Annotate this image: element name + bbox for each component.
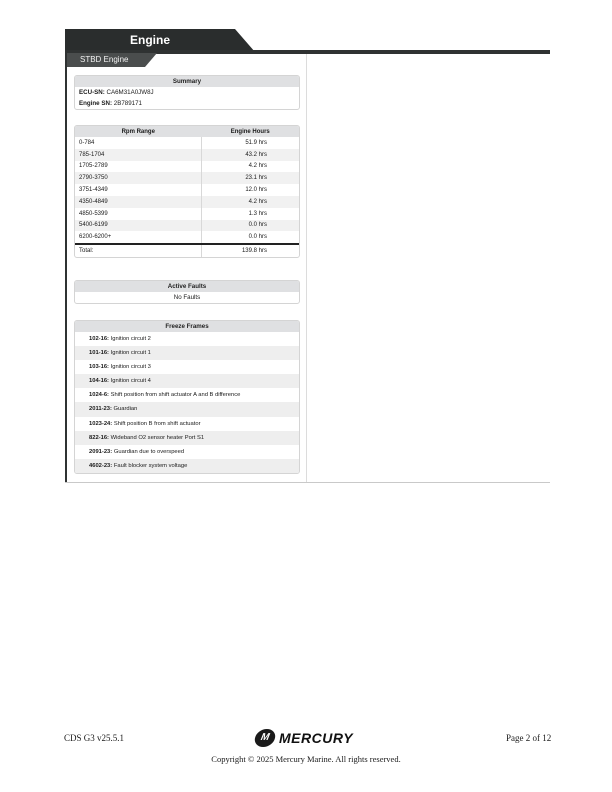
fault-description: Ignition circuit 3 (111, 364, 151, 370)
engine-section-title: Engine (65, 29, 235, 52)
rpm-row: 785-170443.2 hrs (75, 149, 299, 161)
fault-description: Shift position from shift actuator A and… (111, 392, 241, 398)
column-divider (306, 54, 307, 482)
rpm-range-cell: 785-1704 (75, 149, 202, 161)
ecu-sn-row: ECU-SN: CA6M31A0JW8J (75, 87, 299, 98)
rpm-row: 2790-375023.1 hrs (75, 172, 299, 184)
engine-hours-cell: 23.1 hrs (202, 172, 300, 184)
mercury-wordmark: MERCURY (279, 730, 353, 746)
freeze-frame-item: 103-16: Ignition circuit 3 (75, 360, 299, 374)
fault-code: 2011-23: (89, 406, 112, 412)
freeze-frame-item: 822-16: Wideband O2 sensor heater Port S… (75, 431, 299, 445)
rpm-row: 5400-61990.0 hrs (75, 220, 299, 232)
fault-code: 101-16: (89, 350, 109, 356)
panel-bottom-rule (65, 482, 550, 483)
fault-code: 2091-23: (89, 449, 112, 455)
engine-hours-cell: 1.3 hrs (202, 208, 300, 220)
rpm-row: 0-78451.9 hrs (75, 137, 299, 149)
freeze-frame-item: 101-16: Ignition circuit 1 (75, 346, 299, 360)
total-label: Total: (75, 244, 202, 257)
rpm-row: 6200-6200+0.0 hrs (75, 231, 299, 244)
fault-description: Ignition circuit 2 (111, 336, 151, 342)
engine-sn-value: 2B789171 (114, 100, 142, 107)
engine-hours-header: Engine Hours (202, 126, 300, 137)
panel-left-border (65, 53, 67, 483)
freeze-frame-item: 102-16: Ignition circuit 2 (75, 332, 299, 346)
rpm-total-row: Total:139.8 hrs (75, 244, 299, 257)
rpm-hours-box: Rpm Range Engine Hours 0-78451.9 hrs785-… (74, 125, 300, 258)
rpm-range-cell: 5400-6199 (75, 220, 202, 232)
ecu-sn-value: CA6M31A0JW8J (107, 89, 154, 96)
page-number: Page 2 of 12 (506, 733, 551, 743)
rpm-row: 3751-434912.0 hrs (75, 184, 299, 196)
engine-hours-cell: 51.9 hrs (202, 137, 300, 149)
mercury-m-logo-icon: M (253, 729, 277, 747)
fault-description: Wideband O2 sensor heater Port S1 (111, 435, 204, 441)
engine-hours-cell: 43.2 hrs (202, 149, 300, 161)
rpm-range-cell: 6200-6200+ (75, 231, 202, 244)
summary-title: Summary (75, 76, 299, 87)
copyright-notice: Copyright © 2025 Mercury Marine. All rig… (0, 754, 612, 764)
fault-code: 102-16: (89, 336, 109, 342)
total-hours: 139.8 hrs (202, 244, 300, 257)
active-faults-title: Active Faults (75, 281, 299, 292)
fault-code: 103-16: (89, 364, 109, 370)
rpm-row: 4850-53991.3 hrs (75, 208, 299, 220)
active-faults-value: No Faults (75, 292, 299, 303)
fault-description: Shift position B from shift actuator (114, 421, 201, 427)
fault-description: Ignition circuit 4 (111, 378, 151, 384)
engine-hours-cell: 12.0 hrs (202, 184, 300, 196)
ecu-sn-label: ECU-SN: (79, 89, 105, 96)
software-version: CDS G3 v25.5.1 (64, 733, 124, 743)
mercury-logo: M MERCURY (255, 727, 353, 749)
engine-hours-cell: 4.2 hrs (202, 196, 300, 208)
freeze-frame-item: 2011-23: Guardian (75, 402, 299, 416)
fault-description: Guardian (114, 406, 138, 412)
engine-hours-cell: 0.0 hrs (202, 231, 300, 244)
rpm-range-cell: 4350-4849 (75, 196, 202, 208)
engine-sn-row: Engine SN: 2B789171 (75, 98, 299, 109)
fault-code: 104-16: (89, 378, 109, 384)
freeze-frame-item: 1024-6: Shift position from shift actuat… (75, 388, 299, 402)
engine-hours-cell: 0.0 hrs (202, 220, 300, 232)
freeze-frames-box: Freeze Frames 102-16: Ignition circuit 2… (74, 320, 300, 474)
rpm-row: 4350-48494.2 hrs (75, 196, 299, 208)
fault-description: Guardian due to overspeed (114, 449, 184, 455)
freeze-frame-item: 104-16: Ignition circuit 4 (75, 374, 299, 388)
rpm-hours-table: Rpm Range Engine Hours 0-78451.9 hrs785-… (75, 126, 299, 257)
rpm-range-cell: 4850-5399 (75, 208, 202, 220)
fault-code: 1024-6: (89, 392, 109, 398)
freeze-frame-item: 1023-24: Shift position B from shift act… (75, 417, 299, 431)
rpm-row: 1705-27894.2 hrs (75, 161, 299, 173)
freeze-frame-item: 2091-23: Guardian due to overspeed (75, 445, 299, 459)
freeze-frames-list: 102-16: Ignition circuit 2101-16: Igniti… (75, 332, 299, 473)
freeze-frames-title: Freeze Frames (75, 321, 299, 332)
summary-box: Summary ECU-SN: CA6M31A0JW8J Engine SN: … (74, 75, 300, 110)
engine-hours-cell: 4.2 hrs (202, 161, 300, 173)
fault-code: 4602-23: (89, 463, 112, 469)
rpm-range-cell: 2790-3750 (75, 172, 202, 184)
report-page: Engine STBD Engine Summary ECU-SN: CA6M3… (0, 0, 612, 792)
rpm-range-cell: 3751-4349 (75, 184, 202, 196)
rpm-range-cell: 1705-2789 (75, 161, 202, 173)
fault-description: Ignition circuit 1 (111, 350, 151, 356)
fault-code: 822-16: (89, 435, 109, 441)
rpm-range-header: Rpm Range (75, 126, 202, 137)
stbd-engine-label: STBD Engine (80, 53, 128, 67)
active-faults-box: Active Faults No Faults (74, 280, 300, 304)
fault-code: 1023-24: (89, 421, 112, 427)
engine-sn-label: Engine SN: (79, 100, 112, 107)
rpm-range-cell: 0-784 (75, 137, 202, 149)
freeze-frame-item: 4602-23: Fault blocker system voltage (75, 459, 299, 473)
fault-description: Fault blocker system voltage (114, 463, 187, 469)
